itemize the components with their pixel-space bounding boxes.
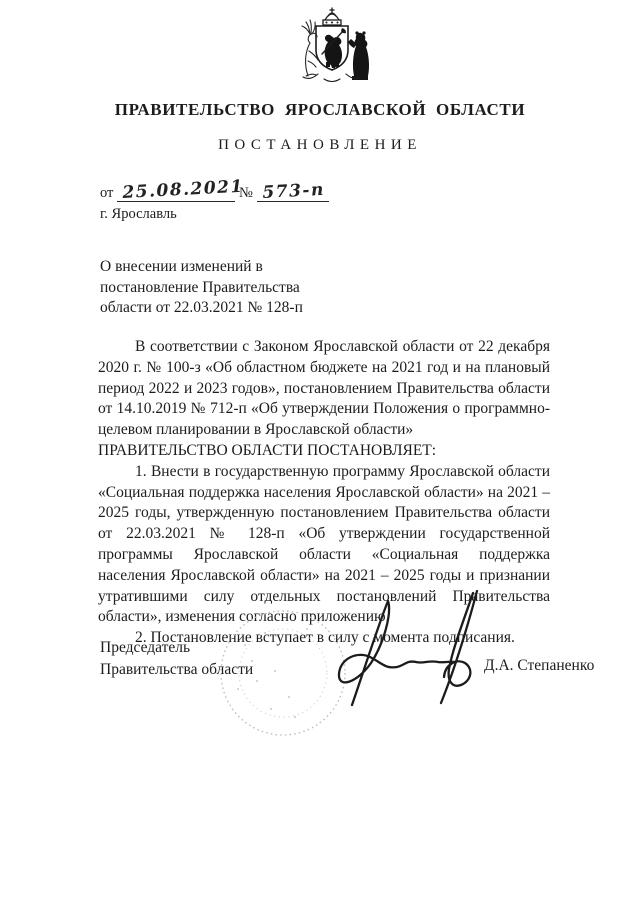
signer-name: Д.А. Степаненко	[484, 657, 594, 675]
body-paragraph: В соответствии с Законом Ярославской обл…	[98, 337, 550, 441]
signature-icon	[339, 591, 477, 705]
signer-position-line: Правительства области	[100, 659, 253, 681]
handwritten-date: 25.08.2021	[122, 177, 244, 203]
subject-line: О внесении изменений в	[100, 257, 303, 278]
handwritten-number: 573-п	[262, 180, 325, 203]
subject-line: постановление Правительства	[100, 278, 303, 299]
signer-position-line: Председатель	[100, 637, 253, 659]
document-page: ПРАВИТЕЛЬСТВО ЯРОСЛАВСКОЙ ОБЛАСТИ ПОСТАН…	[0, 0, 640, 905]
city-label: г. Ярославль	[100, 206, 177, 223]
signer-position: Председатель Правительства области	[100, 637, 253, 680]
organization-title: ПРАВИТЕЛЬСТВО ЯРОСЛАВСКОЙ ОБЛАСТИ	[0, 100, 640, 120]
body-paragraph: ПРАВИТЕЛЬСТВО ОБЛАСТИ ПОСТАНОВЛЯЕТ:	[98, 441, 550, 462]
document-subject: О внесении изменений в постановление Пра…	[100, 257, 303, 319]
number-underline: 573-п	[257, 183, 329, 202]
document-type-title: ПОСТАНОВЛЕНИЕ	[0, 137, 640, 154]
date-prefix-label: от	[100, 185, 113, 201]
signature-block: Председатель Правительства области Д.А. …	[0, 585, 640, 765]
date-underline: 25.08.2021	[117, 183, 235, 202]
date-number-line: от25.08.2021 №573-п	[100, 183, 329, 202]
subject-line: области от 22.03.2021 № 128-п	[100, 298, 303, 319]
yaroslavl-coat-of-arms-icon	[284, 6, 380, 84]
